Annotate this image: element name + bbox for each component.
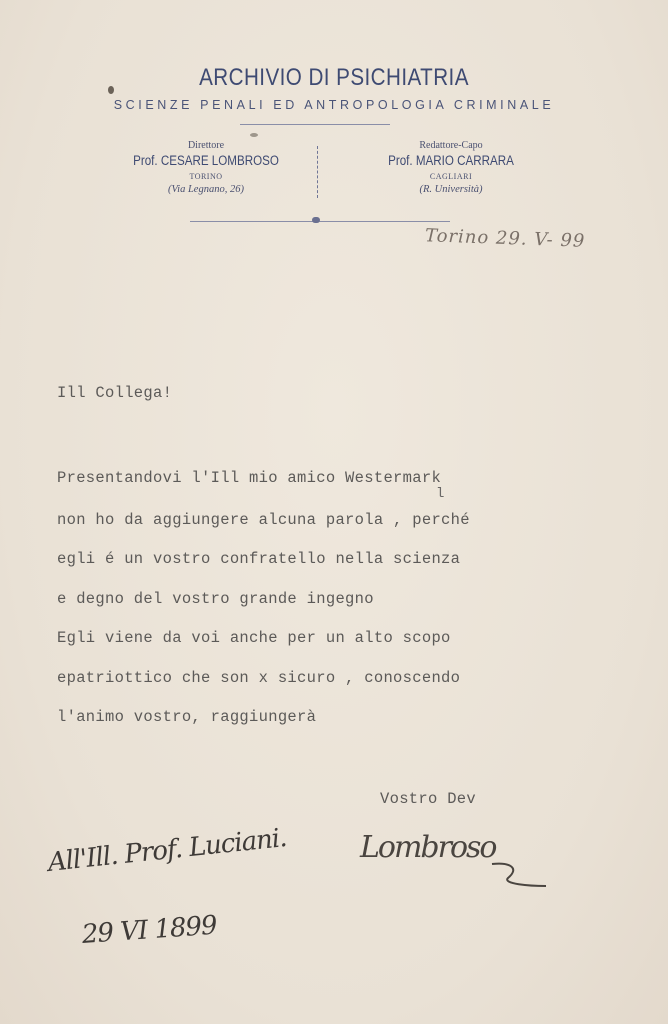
body-line: l'animo vostro, raggiungerà — [57, 708, 316, 726]
column-divider — [317, 146, 318, 198]
director-name: Prof. CESARE LOMBROSO — [103, 152, 309, 169]
director-city: TORINO — [86, 171, 326, 183]
decorative-rule — [240, 124, 390, 125]
journal-subtitle: SCIENZE PENALI ED ANTROPOLOGIA CRIMINALE — [0, 98, 668, 112]
director-role: Direttore — [86, 140, 326, 152]
ornamental-rule — [190, 221, 450, 222]
signature: Lombroso — [360, 830, 496, 865]
interlinear-correction: l — [436, 486, 444, 502]
body-line: non ho da aggiungere alcuna parola , per… — [57, 511, 470, 529]
director-address: (Via Legnano, 26) — [86, 183, 326, 197]
body-line: Presentandovi l'Ill mio amico Westermark — [57, 469, 441, 487]
body-line: egli é un vostro confratello nella scien… — [57, 550, 460, 568]
handwritten-date: Torino 29. V- 99 — [425, 225, 586, 252]
body-line: epatriottico che son x sicuro , conoscen… — [57, 669, 460, 687]
chief-editor-role: Redattore-Capo — [331, 140, 571, 152]
chief-editor-block: Redattore-Capo Prof. MARIO CARRARA CAGLI… — [331, 140, 571, 197]
paper-stain — [250, 133, 258, 137]
director-block: Direttore Prof. CESARE LOMBROSO TORINO (… — [86, 140, 326, 197]
body-line: Egli viene da voi anche per un alto scop… — [57, 629, 451, 647]
journal-title: ARCHIVIO DI PSICHIATRIA — [47, 64, 621, 92]
chief-editor-name: Prof. MARIO CARRARA — [348, 152, 554, 169]
letter-page: ARCHIVIO DI PSICHIATRIA SCIENZE PENALI E… — [0, 0, 668, 1024]
chief-editor-address: (R. Università) — [331, 183, 571, 197]
rule-ornament-icon — [312, 217, 320, 223]
salutation: Ill Collega! — [57, 384, 172, 402]
body-line: e degno del vostro grande ingegno — [57, 590, 374, 608]
chief-editor-city: CAGLIARI — [331, 171, 571, 183]
closing: Vostro Dev — [380, 790, 476, 808]
signature-flourish-icon — [490, 860, 550, 890]
handwritten-archive-date: 29 VI 1899 — [81, 911, 218, 950]
handwritten-addressee: All'Ill. Prof. Luciani. — [46, 823, 287, 878]
